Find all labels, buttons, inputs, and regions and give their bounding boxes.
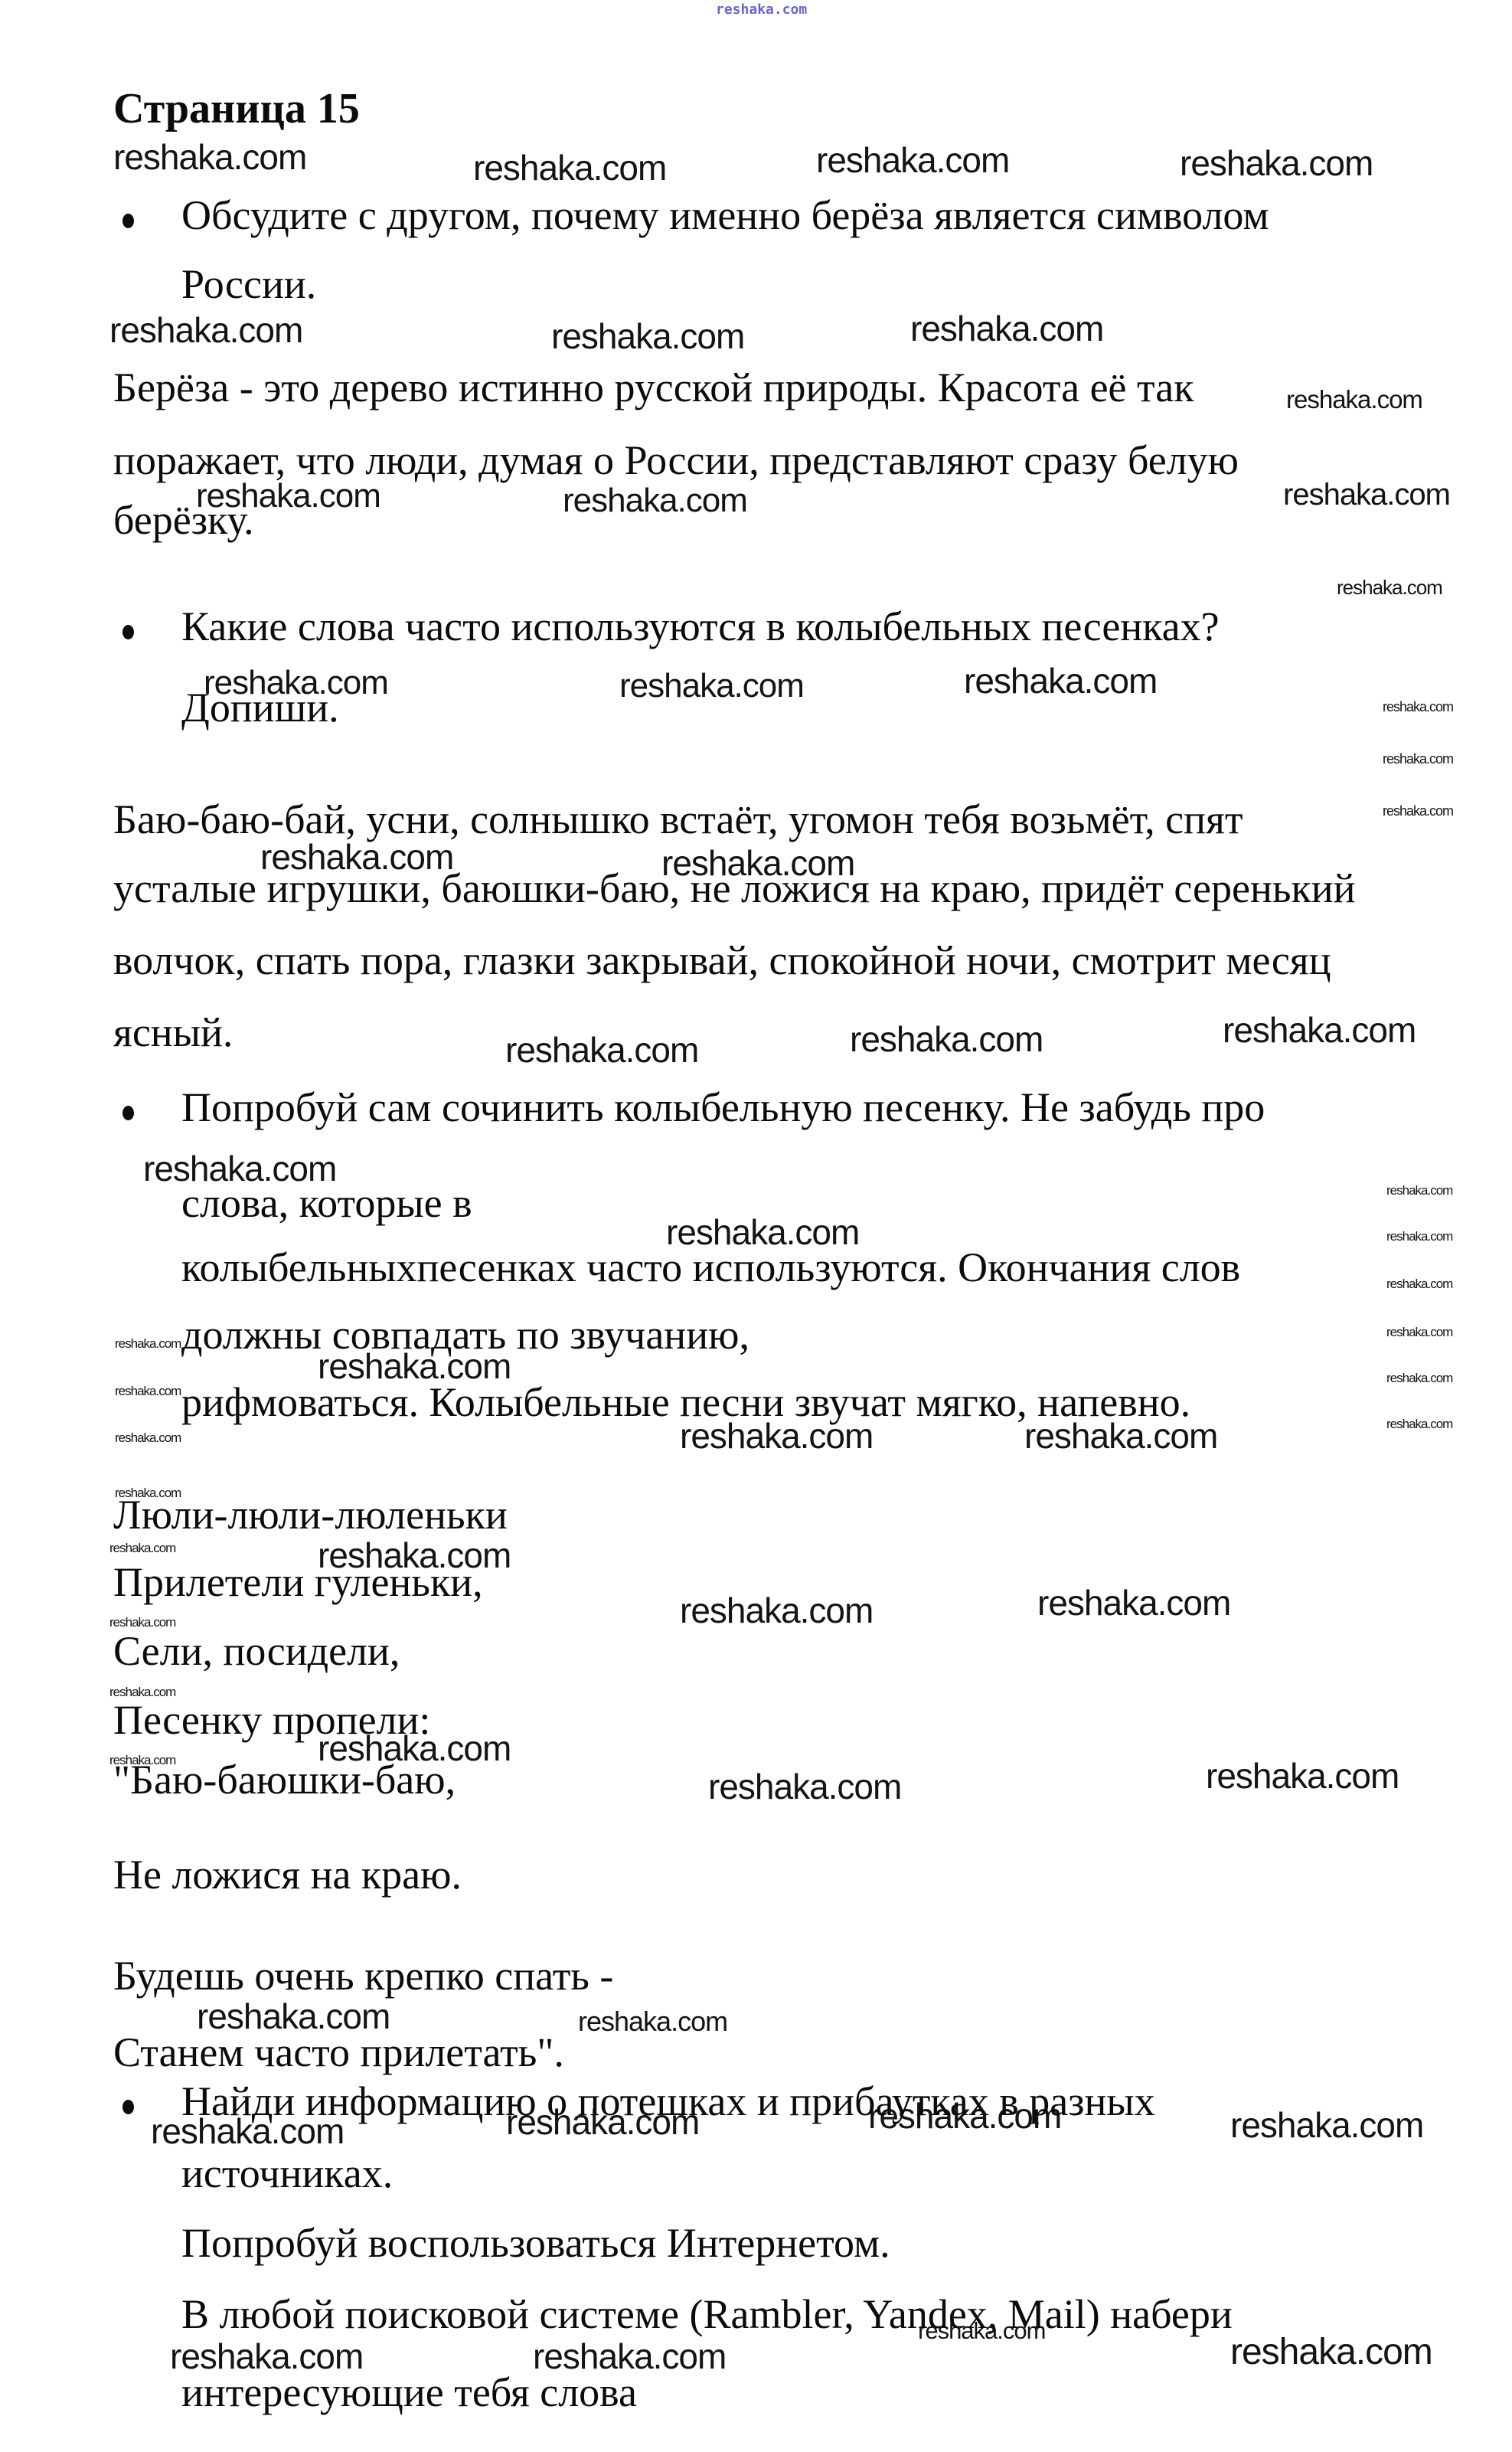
watermark: reshaka.com (109, 312, 302, 348)
watermark: reshaka.com (113, 139, 306, 175)
watermark: reshaka.com (910, 311, 1103, 346)
text-line: Попробуй воспользоваться Интернетом. (181, 2222, 890, 2265)
watermark: reshaka.com (1286, 387, 1422, 412)
text-line: поражает, что люди, думая о России, пред… (113, 439, 1239, 482)
watermark: reshaka.com (1223, 1012, 1416, 1048)
watermark: reshaka.com (1386, 1230, 1452, 1243)
watermark: reshaka.com (816, 142, 1009, 178)
top-blue-watermark: reshaka.com (716, 3, 807, 17)
watermark: reshaka.com (115, 1431, 181, 1444)
watermark: reshaka.com (551, 319, 744, 354)
watermark: reshaka.com (115, 1337, 181, 1350)
watermark: reshaka.com (578, 2008, 727, 2035)
watermark: reshaka.com (964, 663, 1157, 698)
text-line: России. (181, 263, 316, 306)
page-title: Страница 15 (113, 87, 360, 132)
text-line: Обсудите с другом, почему именно берёза … (181, 194, 1269, 237)
text-line: Найди информацию о потешках и прибаутках… (181, 2080, 1155, 2123)
text-line: Какие слова часто используются в колыбел… (181, 605, 1220, 649)
watermark: reshaka.com (1386, 1371, 1452, 1385)
text-line: Станем часто прилетать". (113, 2031, 564, 2074)
watermark: reshaka.com (1037, 1585, 1230, 1620)
watermark: reshaka.com (1283, 479, 1450, 510)
watermark: reshaka.com (1206, 1758, 1399, 1793)
text-line: колыбельныхпесенках часто используются. … (181, 1246, 1240, 1290)
text-line: В любой поисковой системе (Rambler, Yand… (181, 2293, 1233, 2336)
text-line: Песенку пропели: (113, 1698, 430, 1742)
text-line: Люли-люли-люленьки (113, 1493, 508, 1537)
text-line: "Баю-баюшки-баю, (113, 1758, 456, 1802)
text-line: Допиши. (181, 686, 339, 730)
watermark: reshaka.com (1230, 2334, 1432, 2371)
scanned-document-page: reshaka.com reshaka.comreshaka.comreshak… (0, 0, 1512, 2452)
watermark: reshaka.com (1383, 804, 1453, 818)
watermark: reshaka.com (473, 150, 666, 185)
watermark: reshaka.com (1180, 145, 1373, 181)
watermark: reshaka.com (109, 1541, 175, 1555)
watermark: reshaka.com (680, 1593, 873, 1628)
watermark: reshaka.com (1386, 1326, 1452, 1339)
text-line: волчок, спать пора, глазки закрывай, спо… (113, 939, 1331, 982)
text-line: слова, которые в (181, 1182, 472, 1225)
text-line: берёзку. (113, 499, 254, 542)
watermark: reshaka.com (619, 669, 804, 703)
watermark: reshaka.com (563, 484, 747, 518)
bullet-marker (122, 2100, 134, 2114)
text-line: Сели, посидели, (113, 1630, 400, 1673)
watermark: reshaka.com (1230, 2107, 1423, 2143)
text-line: Прилетели гуленьки, (113, 1561, 483, 1604)
watermark: reshaka.com (1383, 752, 1453, 766)
watermark: reshaka.com (1386, 1417, 1452, 1430)
text-line: Будешь очень крепко спать - (113, 1954, 613, 1998)
bullet-marker (122, 625, 134, 639)
watermark: reshaka.com (1383, 700, 1453, 714)
watermark: reshaka.com (505, 1032, 698, 1067)
text-line: Берёза - это дерево истинно русской прир… (113, 366, 1194, 410)
bullet-marker (122, 1106, 134, 1120)
bullet-marker (122, 214, 134, 228)
text-line: Баю-баю-бай, усни, солнышко встаёт, угом… (113, 798, 1243, 842)
text-line: должны совпадать по звучанию, (181, 1313, 749, 1357)
text-line: Попробуй сам сочинить колыбельную песенк… (181, 1086, 1265, 1130)
watermark: reshaka.com (109, 1616, 175, 1629)
text-line: усталые игрушки, баюшки-баю, не ложися н… (113, 867, 1356, 911)
watermark: reshaka.com (1337, 577, 1442, 597)
watermark: reshaka.com (1386, 1277, 1452, 1290)
watermark: reshaka.com (708, 1769, 901, 1804)
text-line: интересующие тебя слова (181, 2371, 637, 2414)
watermark: reshaka.com (115, 1385, 181, 1398)
watermark: reshaka.com (1386, 1184, 1452, 1197)
watermark: reshaka.com (850, 1022, 1043, 1057)
text-line: источниках. (181, 2152, 393, 2195)
text-line: ясный. (113, 1011, 233, 1054)
text-line: Не ложися на краю. (113, 1853, 462, 1897)
text-line: рифмоваться. Колыбельные песни звучат мя… (181, 1381, 1190, 1424)
